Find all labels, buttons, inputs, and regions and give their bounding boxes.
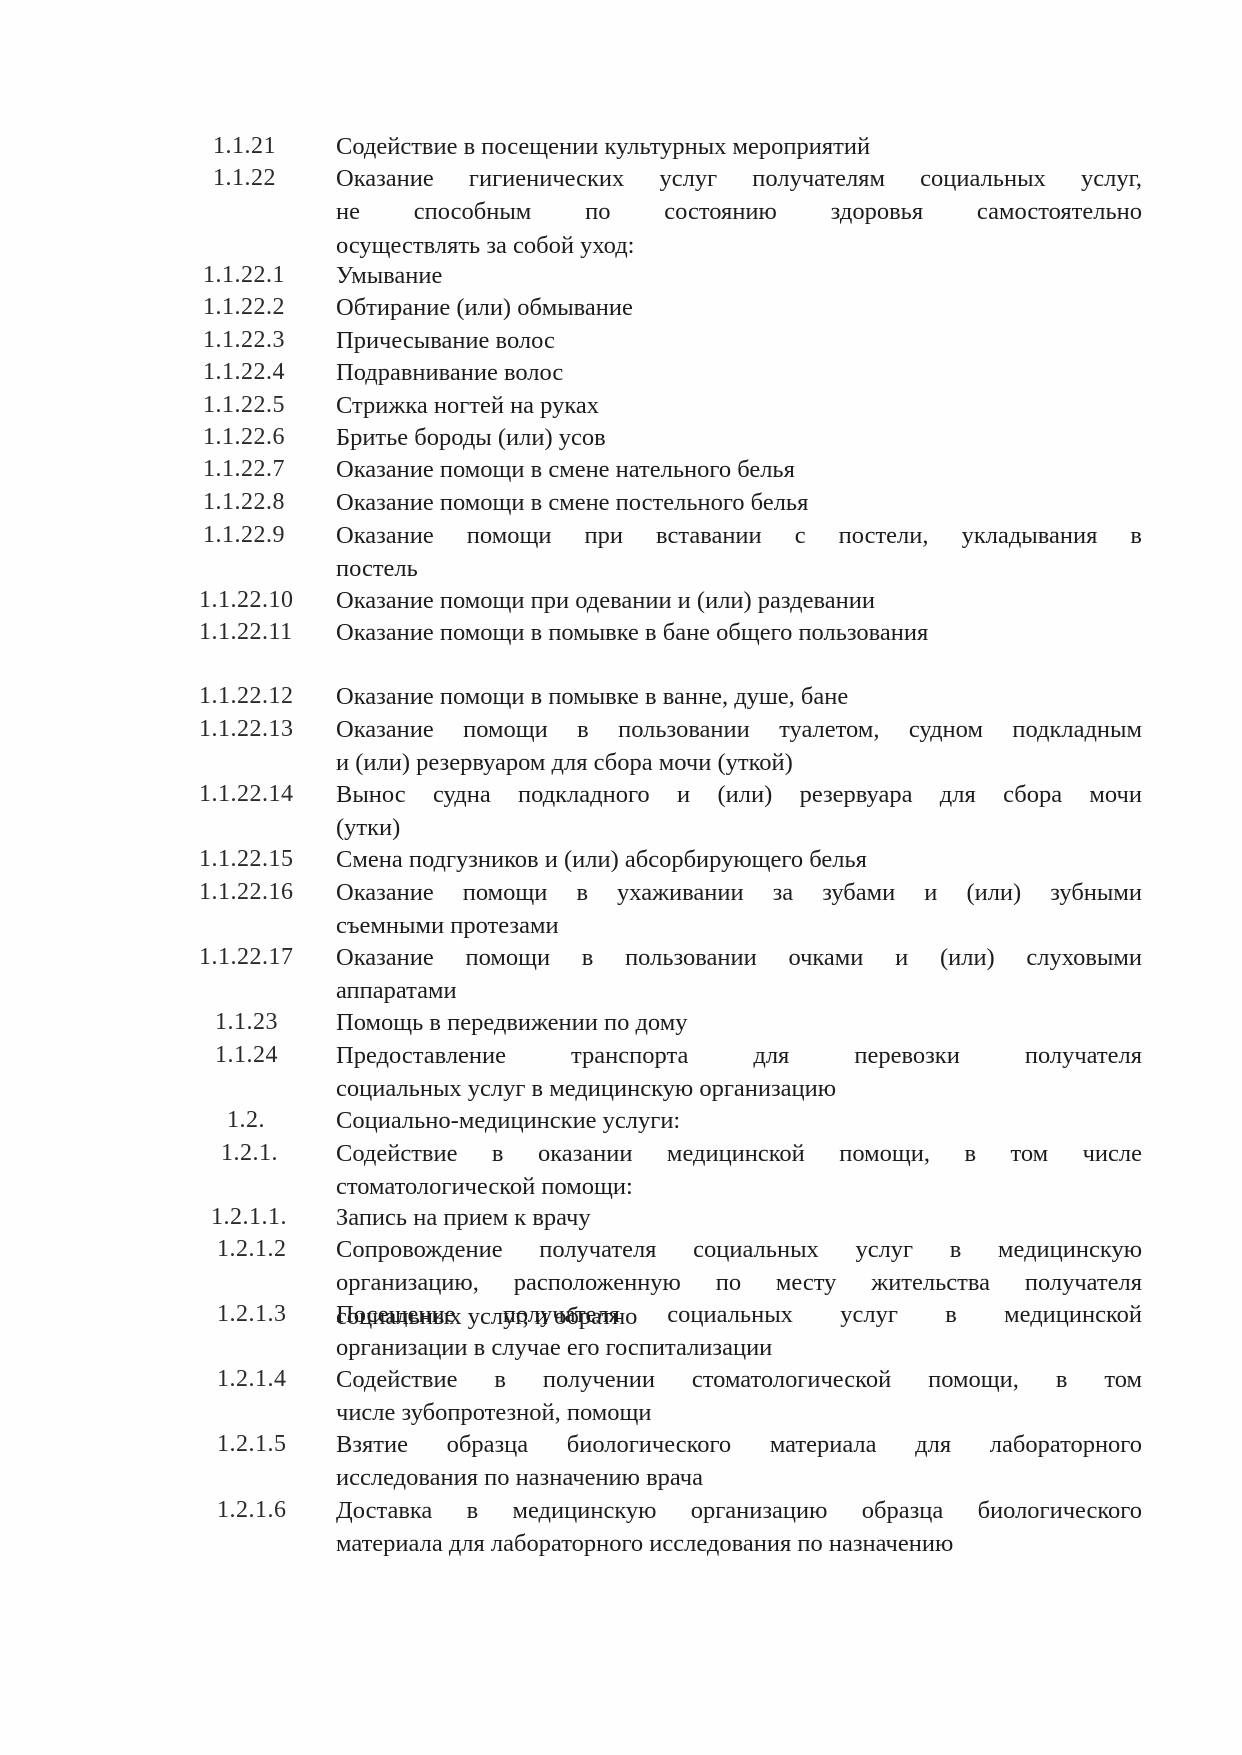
item-text-line: аппаратами [336, 974, 1142, 1007]
item-number: 1.1.22.14 [199, 778, 294, 811]
item-text-line: Умывание [336, 259, 1142, 292]
item-number: 1.1.22.4 [203, 356, 285, 389]
item-text-line: числе зубопротезной, помощи [336, 1396, 1142, 1429]
item-number: 1.1.22 [213, 162, 276, 195]
item-text: Стрижка ногтей на руках [336, 389, 1142, 422]
item-text-line: Стрижка ногтей на руках [336, 389, 1142, 422]
item-text-line: Вынос судна подкладного и (или) резервуа… [336, 778, 1142, 811]
item-text-line: Оказание помощи при одевании и (или) раз… [336, 584, 1142, 617]
item-text-line: Социально-медицинские услуги: [336, 1104, 1142, 1137]
item-text-line: Оказание гигиенических услуг получателям… [336, 162, 1142, 195]
item-number: 1.2.1.3 [217, 1298, 287, 1331]
item-text-line: Посещение получателя социальных услуг в … [336, 1298, 1142, 1331]
item-number: 1.2.1.1. [211, 1201, 287, 1234]
item-text-line: Оказание помощи при вставании с постели,… [336, 519, 1142, 552]
item-text: Посещение получателя социальных услуг в … [336, 1298, 1142, 1365]
item-text: Оказание помощи в помывке в ванне, душе,… [336, 680, 1142, 713]
item-text-line: Оказание помощи в помывке в бане общего … [336, 616, 1142, 649]
item-number: 1.2.1.6 [217, 1494, 287, 1527]
item-text: Оказание помощи при одевании и (или) раз… [336, 584, 1142, 617]
item-text-line: Смена подгузников и (или) абсорбирующего… [336, 843, 1142, 876]
item-text: Оказание помощи в пользовании очками и (… [336, 941, 1142, 1008]
item-number: 1.2.1.4 [217, 1363, 287, 1396]
item-number: 1.1.22.12 [199, 680, 294, 713]
item-text: Обтирание (или) обмывание [336, 291, 1142, 324]
item-text-line: Предоставление транспорта для перевозки … [336, 1039, 1142, 1072]
document-page: 1.1.21Содействие в посещении культурных … [0, 0, 1242, 1755]
item-text: Смена подгузников и (или) абсорбирующего… [336, 843, 1142, 876]
item-text-line: Доставка в медицинскую организацию образ… [336, 1494, 1142, 1527]
item-number: 1.1.21 [213, 130, 276, 163]
item-text: Оказание помощи в смене постельного бель… [336, 486, 1142, 519]
item-number: 1.1.22.9 [203, 519, 285, 552]
item-text: Оказание помощи при вставании с постели,… [336, 519, 1142, 586]
item-text: Помощь в передвижении по дому [336, 1006, 1142, 1039]
item-text: Оказание помощи в ухаживании за зубами и… [336, 876, 1142, 943]
item-text-line: Оказание помощи в пользовании очками и (… [336, 941, 1142, 974]
item-text-line: Подравнивание волос [336, 356, 1142, 389]
item-text: Оказание гигиенических услуг получателям… [336, 162, 1142, 262]
item-text: Оказание помощи в смене нательного белья [336, 453, 1142, 486]
item-text: Содействие в получении стоматологической… [336, 1363, 1142, 1430]
item-text-line: Оказание помощи в смене нательного белья [336, 453, 1142, 486]
item-number: 1.1.22.17 [199, 941, 294, 974]
item-text-line: Помощь в передвижении по дому [336, 1006, 1142, 1039]
item-number: 1.1.23 [215, 1006, 278, 1039]
item-text: Бритье бороды (или) усов [336, 421, 1142, 454]
item-text: Запись на прием к врачу [336, 1201, 1142, 1234]
item-number: 1.1.22.8 [203, 486, 285, 519]
item-number: 1.1.22.15 [199, 843, 294, 876]
item-number: 1.1.22.6 [203, 421, 285, 454]
item-number: 1.1.22.1 [203, 259, 285, 292]
item-text-line: постель [336, 552, 1142, 585]
item-number: 1.2.1. [221, 1137, 278, 1170]
item-text-line: не способным по состоянию здоровья самос… [336, 195, 1142, 228]
item-number: 1.2. [227, 1104, 265, 1137]
item-text-line: исследования по назначению врача [336, 1461, 1142, 1494]
item-text-line: (утки) [336, 811, 1142, 844]
item-text-line: Сопровождение получателя социальных услу… [336, 1233, 1142, 1266]
item-text-line: Содействие в получении стоматологической… [336, 1363, 1142, 1396]
item-text-line: Оказание помощи в ухаживании за зубами и… [336, 876, 1142, 909]
item-text-line: организации в случае его госпитализации [336, 1331, 1142, 1364]
item-text-line: Запись на прием к врачу [336, 1201, 1142, 1234]
item-text: Содействие в оказании медицинской помощи… [336, 1137, 1142, 1204]
item-text: Доставка в медицинскую организацию образ… [336, 1494, 1142, 1561]
item-number: 1.1.22.5 [203, 389, 285, 422]
item-text-line: Содействие в посещении культурных меропр… [336, 130, 1142, 163]
item-text: Содействие в посещении культурных меропр… [336, 130, 1142, 163]
item-text-line: Взятие образца биологического материала … [336, 1428, 1142, 1461]
item-number: 1.1.22.10 [199, 584, 294, 617]
item-text-line: Оказание помощи в помывке в ванне, душе,… [336, 680, 1142, 713]
item-number: 1.1.22.3 [203, 324, 285, 357]
item-number: 1.1.22.7 [203, 453, 285, 486]
item-number: 1.1.22.2 [203, 291, 285, 324]
item-text-line: съемными протезами [336, 909, 1142, 942]
item-text-line: и (или) резервуаром для сбора мочи (утко… [336, 746, 1142, 779]
item-text: Причесывание волос [336, 324, 1142, 357]
item-number: 1.1.22.13 [199, 713, 294, 746]
item-text: Социально-медицинские услуги: [336, 1104, 1142, 1137]
item-text-line: Бритье бороды (или) усов [336, 421, 1142, 454]
item-text-line: Оказание помощи в пользовании туалетом, … [336, 713, 1142, 746]
item-text: Предоставление транспорта для перевозки … [336, 1039, 1142, 1106]
item-text-line: социальных услуг в медицинскую организац… [336, 1072, 1142, 1105]
item-text: Вынос судна подкладного и (или) резервуа… [336, 778, 1142, 845]
item-text: Умывание [336, 259, 1142, 292]
item-text-line: стоматологической помощи: [336, 1170, 1142, 1203]
item-text-line: Причесывание волос [336, 324, 1142, 357]
item-text-line: Обтирание (или) обмывание [336, 291, 1142, 324]
item-text: Подравнивание волос [336, 356, 1142, 389]
item-text: Взятие образца биологического материала … [336, 1428, 1142, 1495]
item-number: 1.2.1.5 [217, 1428, 287, 1461]
item-text-line: организацию, расположенную по месту жите… [336, 1266, 1142, 1299]
item-number: 1.1.22.16 [199, 876, 294, 909]
item-text: Оказание помощи в пользовании туалетом, … [336, 713, 1142, 780]
item-text-line: осуществлять за собой уход: [336, 229, 1142, 262]
item-text-line: материала для лабораторного исследования… [336, 1527, 1142, 1560]
item-text-line: Содействие в оказании медицинской помощи… [336, 1137, 1142, 1170]
item-number: 1.2.1.2 [217, 1233, 287, 1266]
item-number: 1.1.22.11 [199, 616, 293, 649]
item-text: Оказание помощи в помывке в бане общего … [336, 616, 1142, 649]
item-text-line: Оказание помощи в смене постельного бель… [336, 486, 1142, 519]
item-number: 1.1.24 [215, 1039, 278, 1072]
